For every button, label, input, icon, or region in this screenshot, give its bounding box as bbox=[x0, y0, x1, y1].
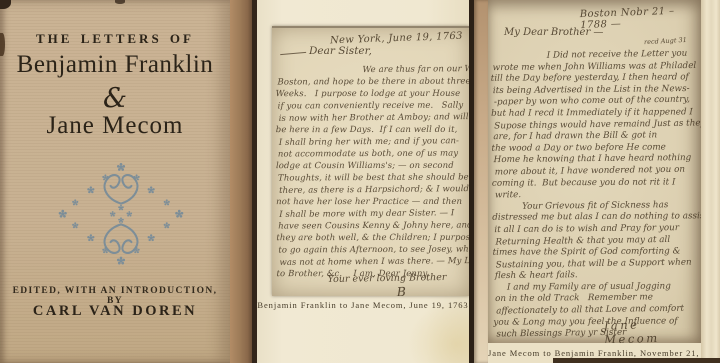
handwriting-line: Weeks. I purpose to lodge at your House bbox=[276, 88, 466, 100]
title-benjamin-franklin: Benjamin Franklin bbox=[6, 51, 224, 79]
book-cover-panel: THE LETTERS OF Benjamin Franklin & Jane … bbox=[0, 0, 230, 363]
handwriting-line: is now with her Brother at Amboy; and wi… bbox=[279, 111, 469, 125]
cover-title-block: THE LETTERS OF Benjamin Franklin & Jane … bbox=[6, 0, 224, 363]
mecom-letter-body: I Did not receive the Letter youwrote me… bbox=[492, 49, 699, 341]
franklin-plate-page: New York, June 19, 1763 Dear Sister, We … bbox=[257, 0, 469, 363]
handwriting-line: I shall be more with my dear Sister. — I bbox=[279, 207, 469, 221]
floral-diamond-ornament-icon bbox=[50, 162, 192, 266]
franklin-plate-caption: Benjamin Franklin to Jane Mecom, June 19… bbox=[257, 300, 469, 310]
mecom-plate-page: Boston Nobr 21 – 1788 — My Dear Brother … bbox=[488, 0, 720, 363]
editor-name: CARL VAN DOREN bbox=[6, 303, 224, 320]
mecom-letter-salutation: My Dear Brother — bbox=[504, 27, 603, 38]
handwriting-line: lodge at Cousin Williams's; — on second bbox=[276, 160, 466, 172]
handwriting-line: I shall bring her with me; and if you ca… bbox=[279, 135, 469, 149]
mecom-letter-docket-note: recd Augt 31 bbox=[644, 36, 687, 46]
handwriting-line: not accommodate us both, one of us may bbox=[278, 148, 468, 161]
handwriting-line: distressed me but alas I can do nothing … bbox=[492, 212, 696, 225]
mecom-signature: Jane Mecom bbox=[604, 315, 701, 343]
book-spread-photo: THE LETTERS OF Benjamin Franklin & Jane … bbox=[0, 0, 720, 363]
franklin-letter-facsimile: New York, June 19, 1763 Dear Sister, We … bbox=[272, 26, 469, 296]
center-gutter-page-curl bbox=[474, 0, 488, 363]
handwriting-line: was not at home when I was there. — My L… bbox=[279, 255, 469, 269]
handwriting-line: there, as there is a Harpsichord; & I wo… bbox=[279, 183, 469, 197]
handwriting-line: have seen Cousins Kenny & Johny here, an… bbox=[278, 220, 468, 233]
franklin-letter-body: We are thus far on our Way toBoston, and… bbox=[277, 64, 468, 281]
book-edge-strip bbox=[230, 0, 252, 363]
handwriting-line: till the Day before yesterday, I then he… bbox=[491, 73, 695, 86]
handwriting-line: Boston, and hope to be there in about th… bbox=[277, 76, 467, 89]
franklin-letter-dateline: New York, June 19, 1763 bbox=[330, 31, 463, 47]
handwriting-line: be here in a few Days. If I can well do … bbox=[276, 124, 466, 136]
franklin-signature: B Franklin bbox=[396, 282, 469, 296]
mecom-plate-caption: Jane Mecom to Benjamin Franklin, Novembe… bbox=[488, 348, 710, 358]
handwriting-line: not have her lose her Practice — and the… bbox=[276, 196, 466, 208]
franklin-letter-salutation: Dear Sister, bbox=[280, 45, 372, 57]
handwriting-line: We are thus far on our Way to bbox=[278, 63, 468, 77]
title-jane-mecom: Jane Mecom bbox=[6, 112, 224, 140]
ampersand-glyph: & bbox=[6, 83, 224, 114]
right-page-fore-edge bbox=[701, 0, 720, 363]
bottom-shadow-bar bbox=[553, 358, 720, 363]
handwriting-line: the wood a Day or two before He come bbox=[491, 142, 695, 155]
mecom-letter-facsimile: Boston Nobr 21 – 1788 — My Dear Brother … bbox=[488, 0, 701, 343]
handwriting-line: Supose things would have remaind Just as… bbox=[494, 118, 698, 133]
cover-edge-wear-mark bbox=[0, 33, 5, 56]
handwriting-line: I and my Family are of usual Jogging bbox=[493, 281, 697, 294]
series-title: THE LETTERS OF bbox=[6, 31, 224, 47]
handwriting-line: they are both well, & the Children; I pu… bbox=[276, 232, 466, 244]
